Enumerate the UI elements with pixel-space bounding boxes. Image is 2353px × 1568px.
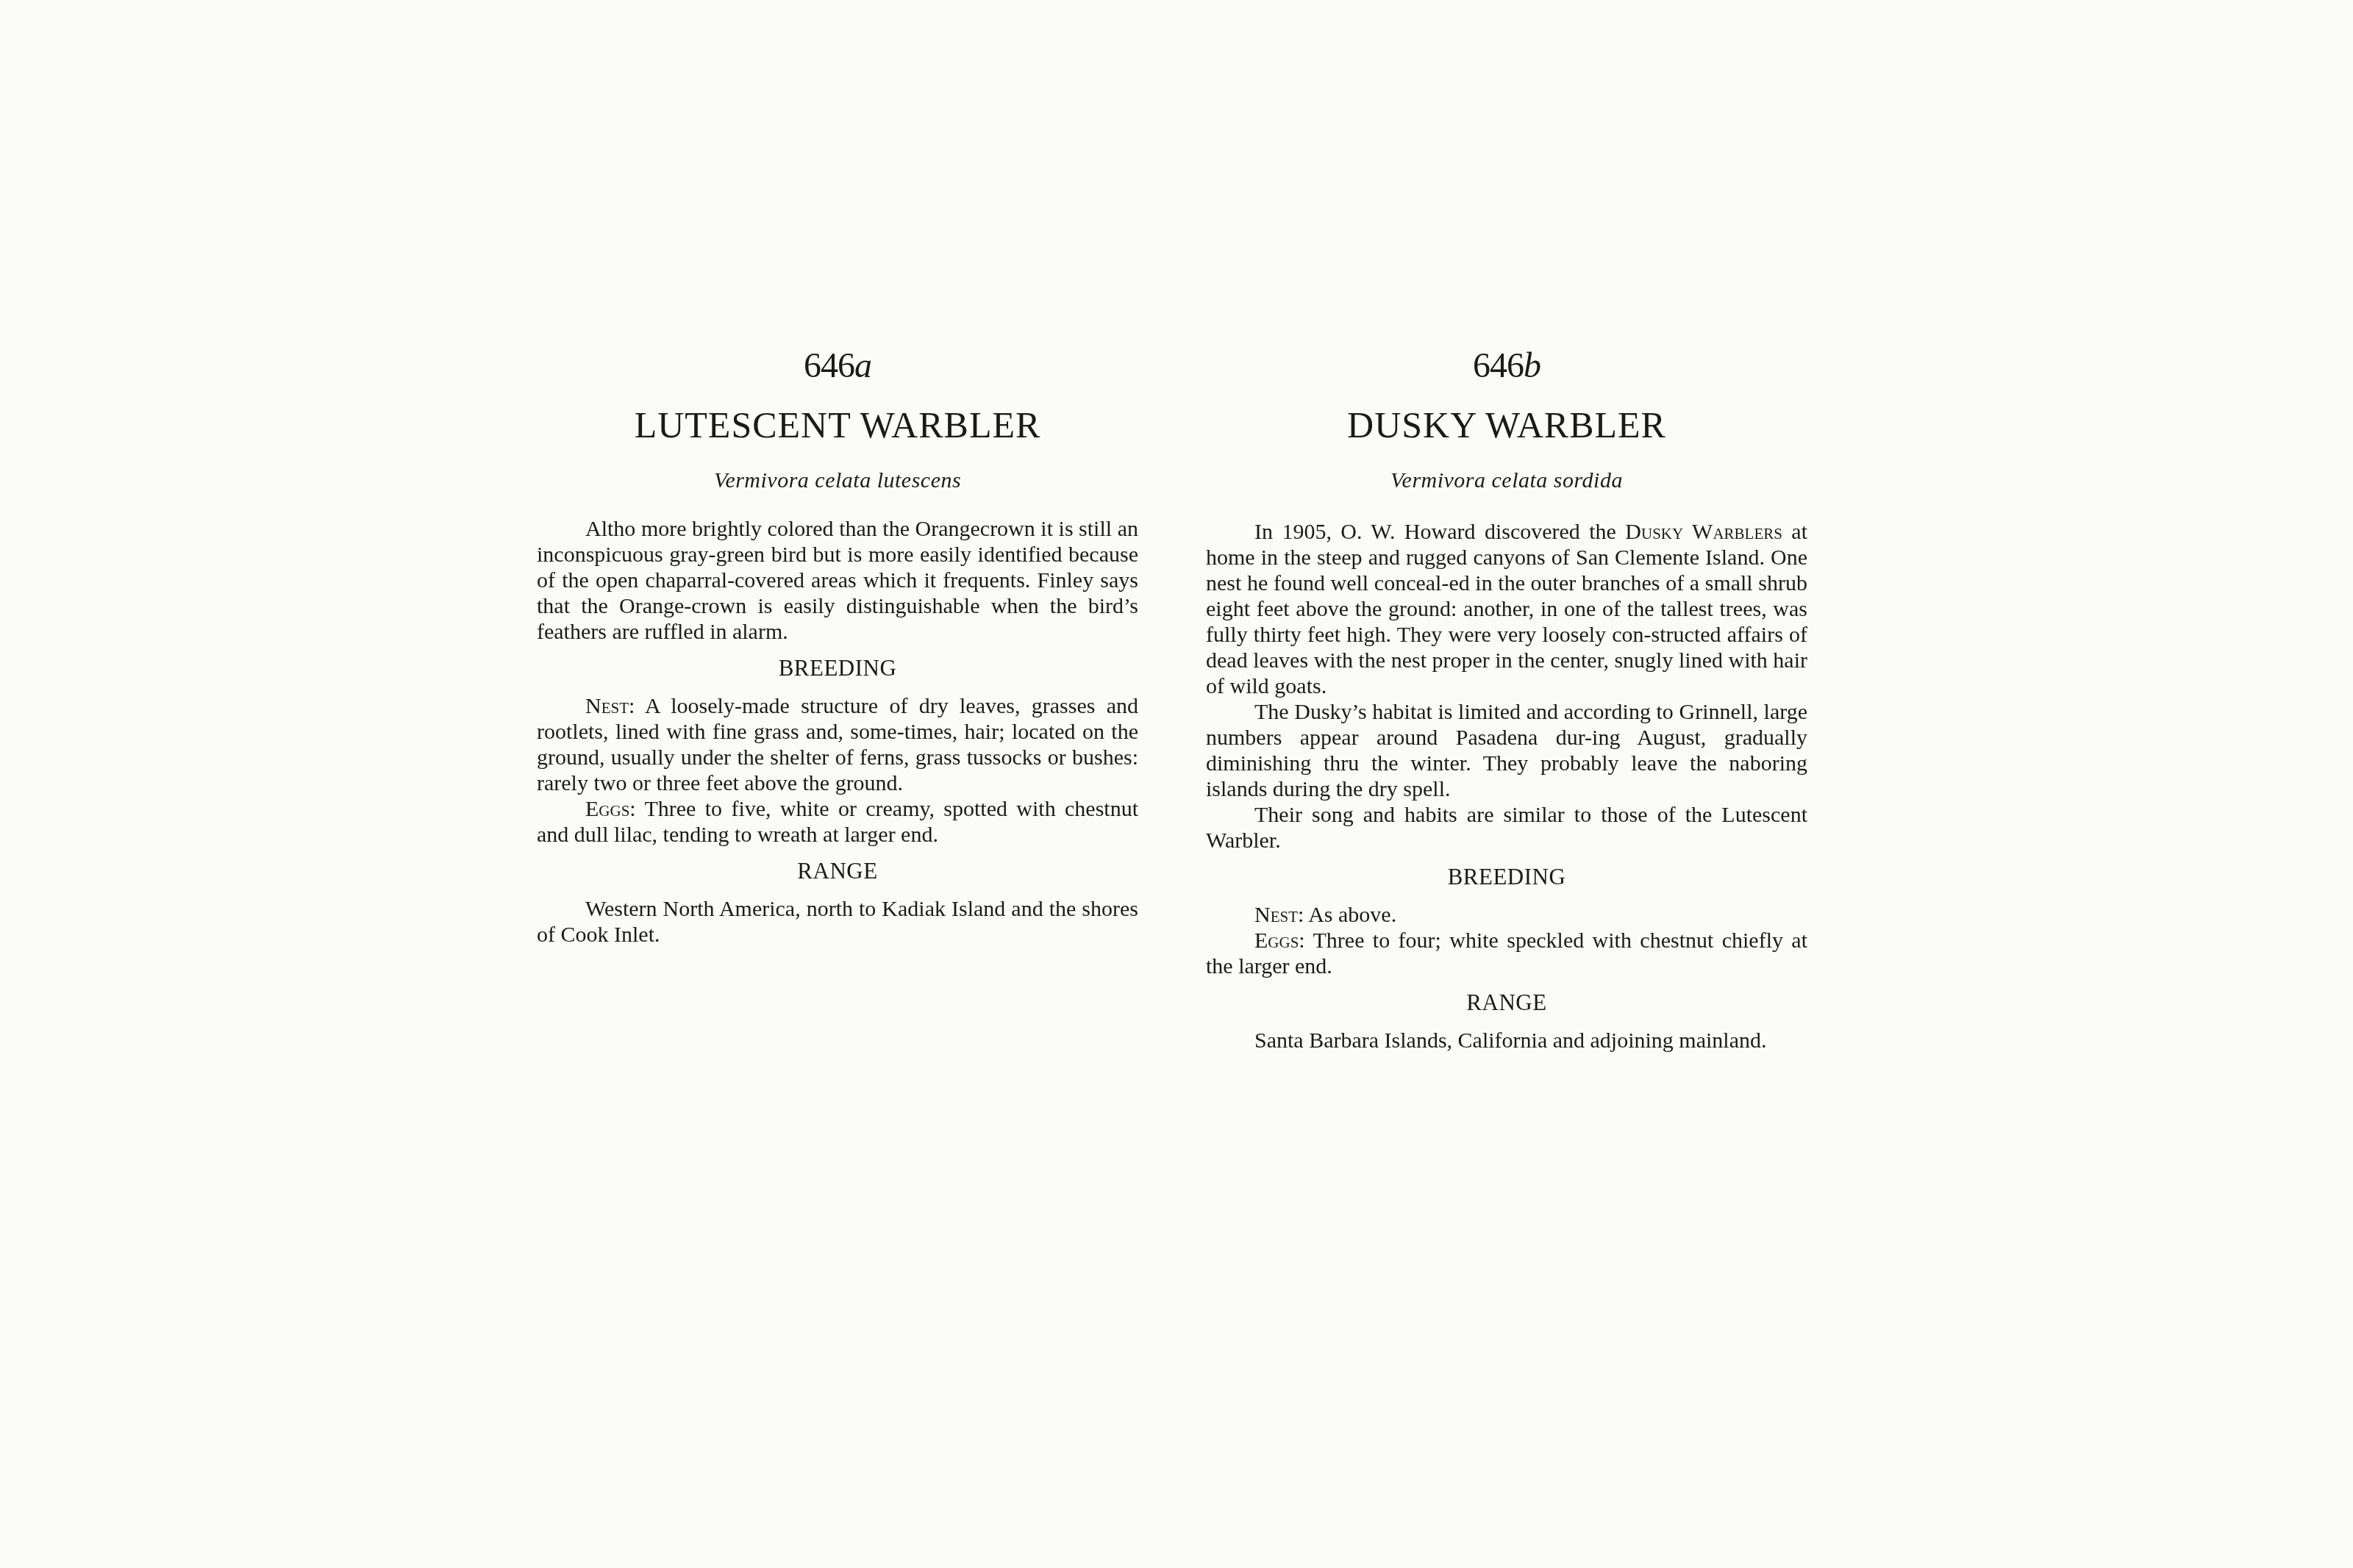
intro-species-name: Dusky Warblers	[1625, 520, 1782, 544]
scientific-name: Vermivora celata sordida	[1206, 468, 1807, 494]
nest-text: : As above.	[1298, 903, 1396, 927]
song-paragraph: Their song and habits are similar to tho…	[1206, 802, 1807, 853]
breeding-heading: BREEDING	[537, 655, 1138, 681]
range-heading: RANGE	[537, 858, 1138, 884]
species-entry-lutescent-warbler: 646a LUTESCENT WARBLER Vermivora celata …	[537, 346, 1138, 948]
species-number-suffix: a	[854, 346, 871, 385]
eggs-paragraph: Eggs: Three to four; white speckled with…	[1206, 928, 1807, 979]
range-heading: RANGE	[1206, 989, 1807, 1016]
habitat-paragraph: The Dusky’s habitat is limited and accor…	[1206, 699, 1807, 802]
eggs-label: Eggs	[585, 797, 629, 821]
breeding-heading: BREEDING	[1206, 864, 1807, 890]
eggs-paragraph: Eggs: Three to five, white or creamy, sp…	[537, 796, 1138, 848]
range-paragraph: Santa Barbara Islands, California and ad…	[1206, 1028, 1807, 1053]
intro-paragraph: Altho more brightly colored than the Ora…	[537, 516, 1138, 645]
species-entry-dusky-warbler: 646b DUSKY WARBLER Vermivora celata sord…	[1206, 346, 1807, 1053]
species-number-suffix: b	[1524, 346, 1540, 385]
species-number: 646b	[1206, 346, 1807, 387]
species-body: Altho more brightly colored than the Ora…	[537, 516, 1138, 948]
species-number-digits: 646	[804, 346, 854, 385]
intro-rest: at home in the steep and rugged canyons …	[1206, 520, 1807, 698]
intro-paragraph: In 1905, O. W. Howard discovered the Dus…	[1206, 519, 1807, 699]
scientific-name: Vermivora celata lutescens	[537, 468, 1138, 494]
common-name-heading: DUSKY WARBLER	[1206, 403, 1807, 447]
species-body: In 1905, O. W. Howard discovered the Dus…	[1206, 519, 1807, 1053]
nest-label: Nest	[1254, 903, 1298, 927]
nest-paragraph: Nest: A loosely-made structure of dry le…	[537, 693, 1138, 796]
range-paragraph: Western North America, north to Kadiak I…	[537, 896, 1138, 948]
eggs-label: Eggs	[1254, 928, 1299, 953]
species-number-digits: 646	[1473, 346, 1524, 385]
species-number: 646a	[537, 346, 1138, 387]
intro-prefix: In 1905, O. W. Howard discovered the	[1254, 520, 1625, 544]
nest-label: Nest	[585, 694, 629, 718]
nest-paragraph: Nest: As above.	[1206, 902, 1807, 928]
common-name-heading: LUTESCENT WARBLER	[537, 403, 1138, 447]
